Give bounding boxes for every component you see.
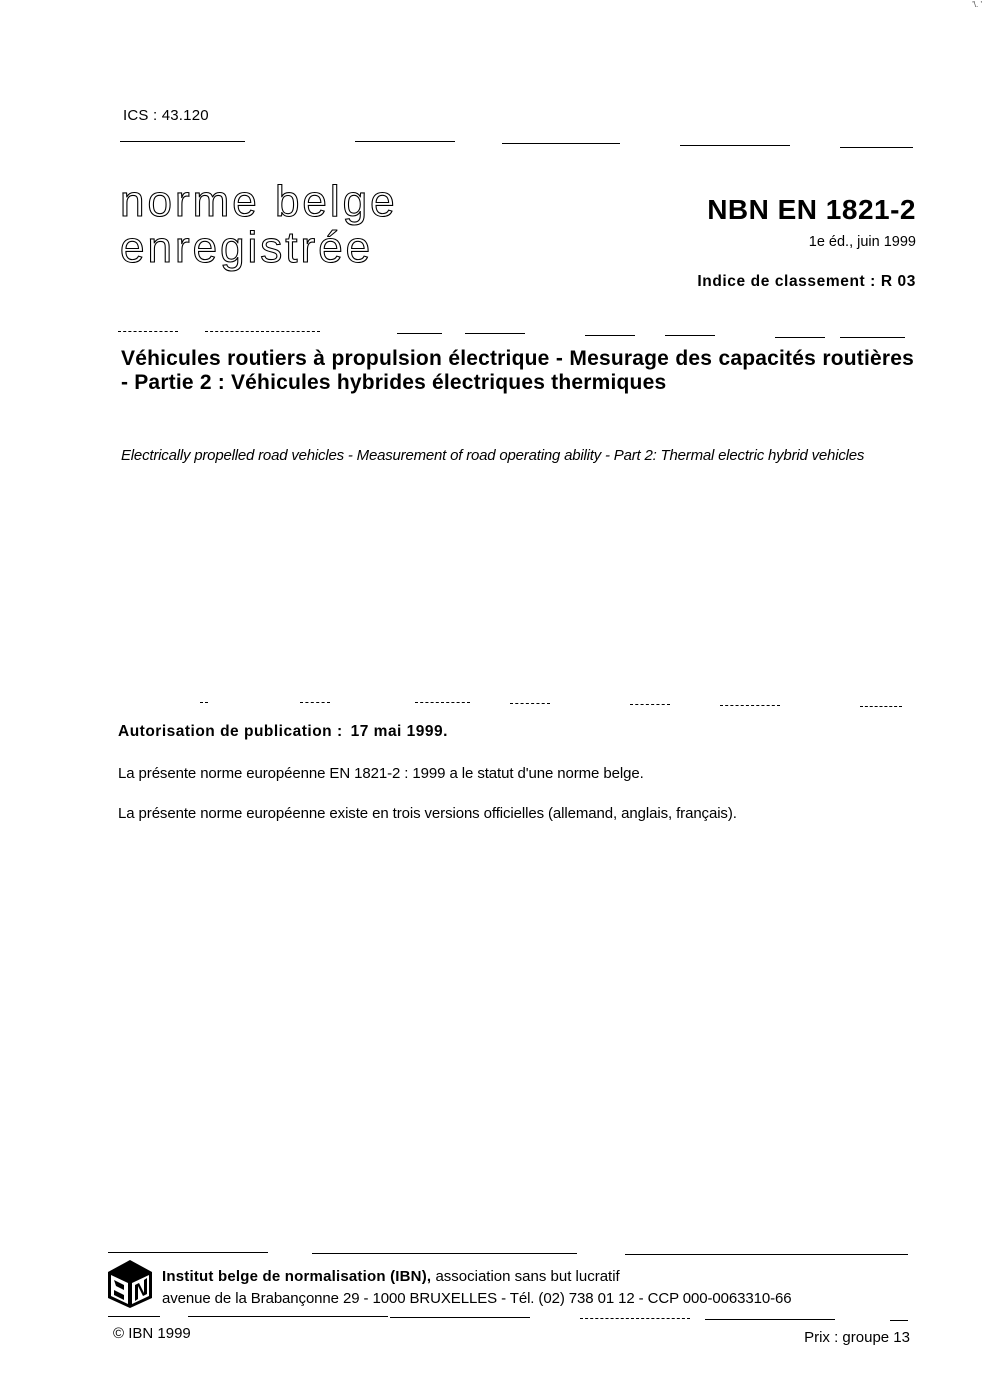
divider <box>720 705 780 706</box>
copyright: © IBN 1999 <box>113 1325 191 1342</box>
divider <box>312 1253 577 1254</box>
divider <box>355 141 455 142</box>
ics-code: ICS : 43.120 <box>123 107 209 124</box>
english-title: Electrically propelled road vehicles - M… <box>121 446 921 465</box>
divider <box>108 1316 160 1317</box>
divider <box>120 141 245 142</box>
divider <box>108 1252 268 1253</box>
divider <box>200 702 208 703</box>
divider <box>397 333 442 334</box>
divider <box>665 335 715 336</box>
edition: 1e éd., juin 1999 <box>809 234 916 250</box>
divider <box>840 337 905 338</box>
institute-address: avenue de la Brabançonne 29 - 1000 BRUXE… <box>162 1290 792 1307</box>
divider <box>585 335 635 336</box>
price-group: Prix : groupe 13 <box>804 1329 910 1346</box>
divider <box>580 1318 690 1319</box>
divider <box>415 702 470 703</box>
french-title: Véhicules routiers à propulsion électriq… <box>121 347 914 395</box>
ibn-logo-icon <box>104 1258 156 1310</box>
authorization-label: Autorisation de publication : <box>118 723 343 740</box>
authorization-date: 17 mai 1999. <box>351 723 448 740</box>
divider <box>205 331 320 332</box>
divider <box>890 1320 908 1321</box>
divider <box>705 1319 835 1320</box>
divider <box>775 337 825 338</box>
divider <box>300 702 330 703</box>
divider <box>625 1254 908 1255</box>
standard-number: NBN EN 1821-2 <box>707 194 916 226</box>
divider <box>118 331 178 332</box>
divider <box>630 704 670 705</box>
publication-authorization: Autorisation de publication :17 mai 1999… <box>118 723 448 741</box>
versions-paragraph: La présente norme européenne existe en t… <box>118 805 737 822</box>
divider <box>465 333 525 334</box>
institute-line: Institut belge de normalisation (IBN), a… <box>162 1268 620 1285</box>
divider <box>502 143 620 144</box>
institute-description: association sans but lucratif <box>431 1268 619 1285</box>
divider <box>510 703 550 704</box>
institute-name: Institut belge de normalisation (IBN), <box>162 1268 431 1285</box>
divider <box>860 706 902 707</box>
scan-artifact: '\. ' <box>972 0 982 9</box>
divider <box>680 145 790 146</box>
brand-line-1: norme belge <box>120 177 398 226</box>
divider <box>188 1316 388 1317</box>
brand-title: norme belge enregistrée <box>120 180 398 270</box>
classification-index: Indice de classement : R 03 <box>697 273 916 291</box>
divider <box>840 147 913 148</box>
brand-line-2: enregistrée <box>120 226 398 270</box>
divider <box>390 1317 530 1318</box>
status-paragraph: La présente norme européenne EN 1821-2 :… <box>118 765 644 782</box>
